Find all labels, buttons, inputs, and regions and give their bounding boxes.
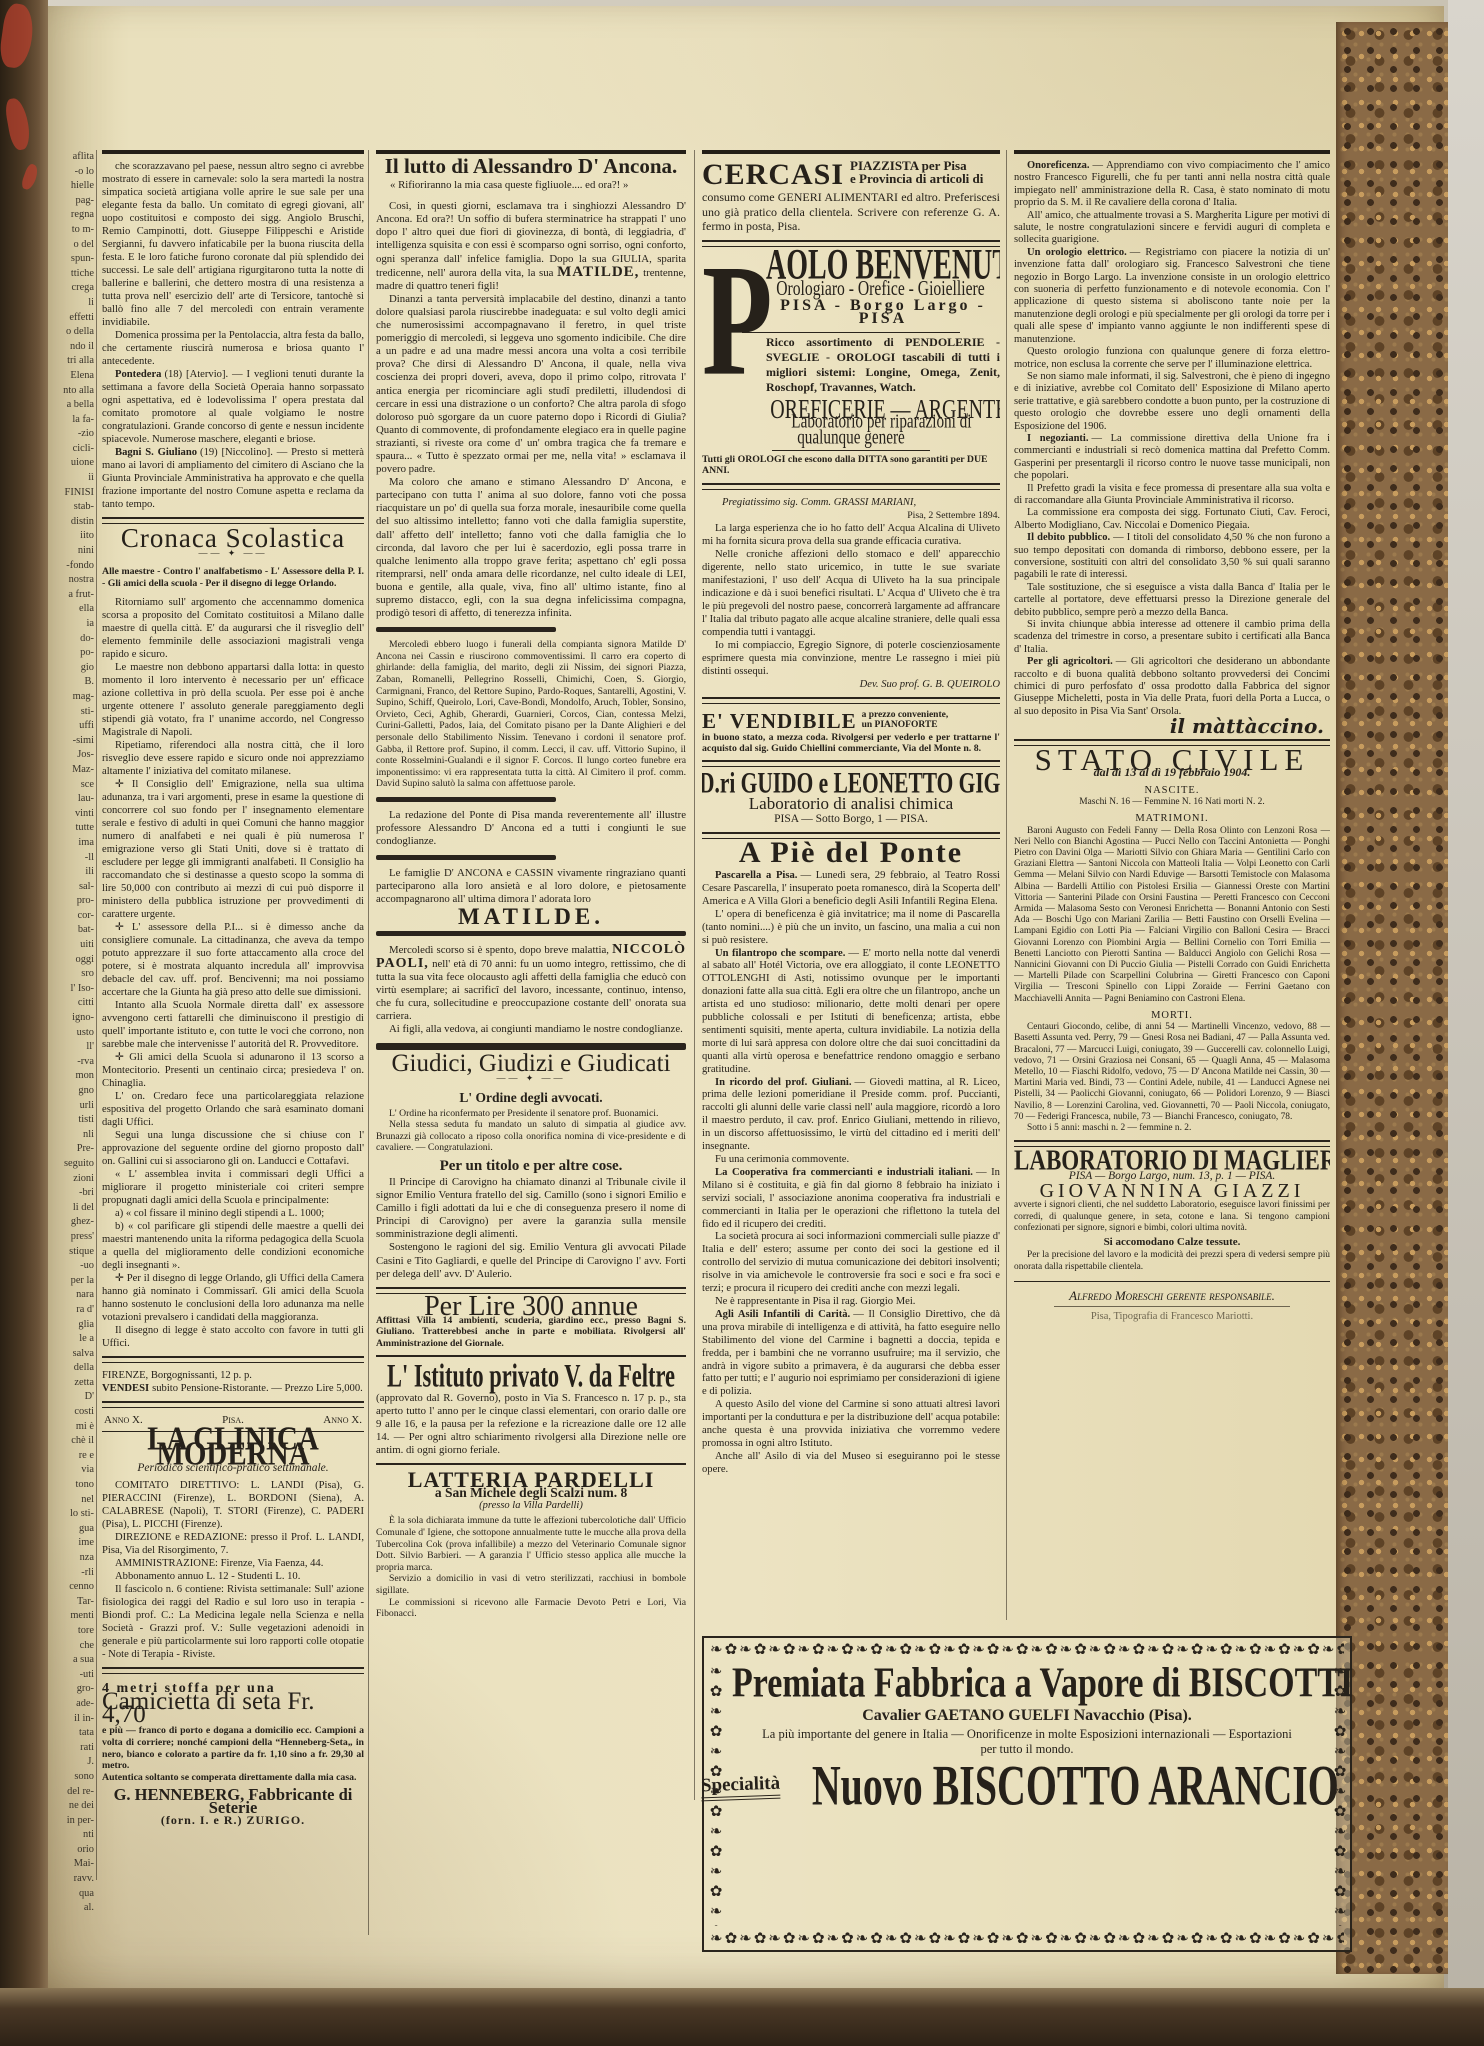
specialita-label: Specialità [701, 1773, 781, 1802]
funeral-report: Mercoledì ebbero luogo i funerali della … [376, 639, 686, 790]
scan-background [1448, 0, 1484, 2046]
rule [702, 697, 1000, 704]
paragraph: ✛ Gli amici della Scuola si adunarono il… [102, 1051, 364, 1090]
vendesi-lead: VENDESI [102, 1383, 149, 1394]
item-text: A questo Asilo del vione del Carmine si … [702, 1399, 1000, 1449]
news-item: Pascarella a Pisa.— Lunedì sera, 29 febb… [702, 870, 1000, 909]
paragraph: Ma coloro che amano e stimano Alessandro… [376, 476, 686, 620]
rule [376, 1463, 686, 1465]
paragraph: Ripetiamo, riferendoci alla nostra città… [102, 739, 364, 778]
paragraph-text: COMITATO DIRETTIVO: L. LANDI (Pisa), G. … [102, 1480, 364, 1530]
paragraph-text: Il Principe di Carovigno ha chiamato din… [376, 1176, 686, 1240]
vendibile-ad: E' VENDIBILE a prezzo conveniente, un PI… [702, 710, 1000, 755]
item-lead: Un filantropo che scompare. [715, 948, 845, 959]
camicietta-body: e più — franco di porto e dogana a domic… [102, 1725, 364, 1772]
paragraph: Dinanzi a tanta perversità implacabile d… [376, 293, 686, 476]
anno-right: Anno X. [323, 1414, 362, 1427]
news-item: Per gli agricoltori.— Gli agricoltori ch… [1014, 656, 1330, 718]
cercasi-text: consumo come GENERI ALIMENTARI ed altro.… [702, 190, 1000, 234]
benvenuti-laboratorio: Laboratorio per riparazioni di qualunque… [709, 415, 992, 447]
paragraph-text: La larga esperienza che io ho fatto dell… [702, 523, 1000, 547]
item-lead: Per gli agricoltori. [1027, 656, 1113, 667]
news-item: La società procura ai soci informazioni … [702, 1231, 1000, 1296]
item-text: Il Prefetto gradì la visita e fece prome… [1014, 483, 1330, 506]
titolo-subhead: Per un titolo e per altre cose. [376, 1160, 686, 1173]
item-text: — Il Consiglio Direttivo, che dà una pro… [702, 1309, 1000, 1397]
paragraph-text: (18) [Atervio]. — I veglioni tenuti dura… [102, 369, 364, 445]
separator-bar [376, 797, 556, 802]
paragraph: Il fascicolo n. 6 contiene: Rivista sett… [102, 1583, 364, 1661]
paragraph: « L' assemblea invita i commissari degli… [102, 1168, 364, 1207]
paragraph-text: Domenica prossima per la Pentolaccia, al… [102, 330, 364, 367]
news-item: Se non siamo male informati, il sig. Sal… [1014, 371, 1330, 433]
maglierie-title: LABORATORIO DI MAGLIERIE [1014, 1154, 1330, 1170]
paragraph: AMMINISTRAZIONE: Firenze, Via Faenza, 44… [102, 1557, 364, 1570]
paragraph-text: Seguì una lunga discussione che si chius… [102, 1130, 364, 1167]
cercasi-ad: CERCASI PIAZZISTA per Pisa e Provincia d… [702, 160, 1000, 234]
section-title-cronaca-scolastica: Cronaca Scolastica [102, 532, 364, 545]
paragraph-text: Le commissioni si ricevono alle Farmacie… [376, 1597, 686, 1620]
paragraph-text: Dinanzi a tanta perversità implacabile d… [376, 293, 686, 475]
clinica-moderna-title: LA CLINICA MODERNA [102, 1432, 364, 1463]
rule [742, 332, 960, 333]
paragraph-text: a) « col fissare il minino degli stipend… [115, 1208, 324, 1219]
nascite-heading: NASCITE. [1014, 785, 1330, 797]
paragraph-text: L' Ordine ha riconfermato per Presidente… [389, 1108, 658, 1119]
item-text: La commissione era composta dei sigg. Fo… [1014, 507, 1330, 530]
biscotti-description: La più importante del genere in Italia —… [762, 1727, 1292, 1757]
floral-border-top: ❧✿❧✿❧✿❧✿❧✿❧✿❧✿❧✿❧✿❧✿❧✿❧✿❧✿❧✿❧✿❧✿❧✿❧✿❧✿❧✿… [710, 1640, 1344, 1659]
biscotti-ad: ❧✿❧✿❧✿❧✿❧✿❧✿❧✿❧✿❧✿❧✿❧✿❧✿❧✿❧✿❧✿❧✿❧✿❧✿❧✿❧✿… [702, 1636, 1352, 1952]
item-lead: La Cooperativa fra commercianti e indust… [715, 1167, 973, 1178]
paragraph-text: Sostengono le ragioni del sig. Emilio Ve… [376, 1241, 686, 1279]
calze-tessute-line: Si accomodano Calze tessute. [1014, 1236, 1330, 1248]
lutto-paragraph-matilde: Così, in questi giorni, esclamava tra i … [376, 200, 686, 293]
news-item: A questo Asilo del vione del Carmine si … [702, 1399, 1000, 1451]
carnival-news: che scorazzavano pel paese, nessun altro… [102, 160, 364, 511]
paragraph-text: « L' assemblea invita i commissari degli… [102, 1169, 364, 1206]
paragraph: COMITATO DIRETTIVO: L. LANDI (Pisa), G. … [102, 1479, 364, 1531]
ponte-items: Pascarella a Pisa.— Lunedì sera, 29 febb… [702, 870, 1000, 1477]
item-text: Tale sostituzione, che si eseguisce a vi… [1014, 582, 1330, 618]
paragraph: Sostengono le ragioni del sig. Emilio Ve… [376, 1241, 686, 1280]
paragraph-text: Ma coloro che amano e stimano Alessandro… [376, 476, 686, 619]
letter-body: La larga esperienza che io ho fatto dell… [702, 522, 1000, 678]
uliveto-letter: Pregiatissimo sig. Comm. GRASSI MARIANI,… [702, 496, 1000, 691]
paragraph: Pontedera(18) [Atervio]. — I veglioni te… [102, 368, 364, 446]
paragraph-text: b) « col parificare gli stipendi delle m… [102, 1221, 364, 1271]
lire300-title: Per Lire 300 annue [376, 1300, 686, 1313]
lire300-text: Affittasi Villa 14 ambienti, scuderia, g… [376, 1315, 686, 1350]
column-ads-and-ponte: CERCASI PIAZZISTA per Pisa e Provincia d… [702, 150, 1000, 1622]
paragraph-text: Nella stessa seduta fu mandato un saluto… [376, 1119, 686, 1153]
rule [1014, 1281, 1330, 1282]
biscotti-product-row: Specialità Nuovo BISCOTTO ARANCIO [732, 1763, 1322, 1811]
paragraph-text: ✛ Per il disegno di legge Orlando, gli U… [102, 1273, 364, 1323]
ordine-avvocati-body: L' Ordine ha riconfermato per Presidente… [376, 1108, 686, 1154]
column-obituary: Il lutto di Alessandro D' Ancona. « Rifi… [376, 150, 686, 1935]
book-cover-edge [0, 1988, 1484, 2046]
column-rule [694, 150, 695, 1800]
redazione-condolence: La redazione del Ponte di Pisa manda rev… [376, 809, 686, 848]
anno-left: Anno X. [104, 1414, 143, 1427]
floral-border-bottom: ❧✿❧✿❧✿❧✿❧✿❧✿❧✿❧✿❧✿❧✿❧✿❧✿❧✿❧✿❧✿❧✿❧✿❧✿❧✿❧✿… [710, 1929, 1344, 1948]
paragraph: Nella stessa seduta fu mandato un saluto… [376, 1119, 686, 1154]
benvenuti-ad: P AOLO BENVENUTI Orologiaro - Orefice - … [702, 257, 1000, 477]
lutto-body: Dinanzi a tanta perversità implacabile d… [376, 293, 686, 620]
vendesi-ad-address: FIRENZE, Borgognissanti, 12 p. p. [102, 1369, 364, 1382]
biscotti-title: Premiata Fabbrica a Vapore di BISCOTTI [732, 1660, 1322, 1708]
item-text: Ne è rappresentante in Pisa il rag. Gior… [715, 1296, 915, 1307]
item-text: Anche all' Asilo di via del Museo si ese… [702, 1451, 1000, 1475]
gigli-title: D.ri GUIDO e LEONETTO GIGLI [702, 775, 1000, 793]
rule [702, 483, 1000, 490]
paragraph-text: Il disegno di legge è stato accolto con … [102, 1325, 364, 1349]
text: Mercoledì scorso si è spento, dopo breve… [389, 944, 609, 956]
item-text: Si invita chiunque abbia interesse ad ot… [1014, 619, 1330, 655]
book-spine [0, 0, 48, 2046]
separator-bar [376, 627, 556, 632]
news-item: Tale sostituzione, che si eseguisce a vi… [1014, 582, 1330, 619]
column-rule [368, 150, 369, 1935]
news-item: Anche all' Asilo di via del Museo si ese… [702, 1451, 1000, 1477]
rule [702, 150, 1000, 154]
news-item: Il debito pubblico.— I titoli del consol… [1014, 532, 1330, 582]
gigli-subtitle: Laboratorio di analisi chimica [702, 798, 1000, 811]
paragraph-text: Il fascicolo n. 6 contiene: Rivista sett… [102, 1584, 364, 1660]
item-text: — E' morto nella notte dal venerdì al sa… [702, 948, 1000, 1075]
sotto-cinque-anni: Sotto i 5 anni: maschi n. 2 — femmine n.… [1014, 1123, 1330, 1134]
paragraph: L' on. Credaro fece una particolareggiat… [102, 1090, 364, 1129]
lutto-dancona-title: Il lutto di Alessandro D' Ancona. [376, 160, 686, 173]
vendibile-word: E' VENDIBILE [702, 710, 857, 732]
rule [1014, 150, 1330, 154]
item-lead: Agli Asili Infantili di Carità. [715, 1309, 850, 1320]
paragraph: L' Ordine ha riconfermato per Presidente… [376, 1108, 686, 1120]
morti-list: Centauri Giocondo, celibe, di anni 54 — … [1014, 1022, 1330, 1123]
item-text: L' opera di beneficenza è già invitatric… [702, 909, 1000, 946]
matrimoni-heading: MATRIMONI. [1014, 813, 1330, 825]
news-item: Agli Asili Infantili di Carità.— Il Cons… [702, 1309, 1000, 1399]
rule [102, 150, 364, 154]
cercasi-word: CERCASI [702, 160, 844, 190]
paragraph-lead: Pontedera [115, 369, 161, 380]
ordine-avvocati-subhead: L' Ordine degli avvocati. [376, 1091, 686, 1104]
clinica-moderna-body: COMITATO DIRETTIVO: L. LANDI (Pisa), G. … [102, 1479, 364, 1661]
cronaca-kicker: Alle maestre - Contro l' analfabetismo -… [102, 566, 364, 590]
tipografia-line: Pisa, Tipografia di Francesco Mariotti. [1014, 1311, 1330, 1323]
letter-dateline: Pisa, 2 Settembre 1894. [702, 509, 1000, 522]
rule [102, 1401, 364, 1408]
benvenuti-name: AOLO BENVENUTI [702, 257, 1000, 277]
item-lead: Pascarella a Pisa. [715, 870, 797, 881]
item-lead: I negozianti. [1027, 433, 1088, 444]
paragraph: ✛ Per il disegno di legge Orlando, gli U… [102, 1272, 364, 1324]
paragraph: Le commissioni si ricevono alle Farmacie… [376, 1597, 686, 1620]
paragraph: ✛ L' assessore della P.I... si è dimesso… [102, 921, 364, 999]
rule [1054, 1306, 1290, 1307]
paragraph-text: ✛ Il Consiglio dell' Emigrazione, nella … [102, 779, 364, 920]
morti-heading: MORTI. [1014, 1010, 1330, 1022]
henneberg-city: (forn. I. e R.) ZURIGO. [102, 1814, 364, 1827]
mattaccino-signature: il màttàccino. [1014, 720, 1324, 732]
paragraph-text: Intanto alla Scuola Normale diretta dall… [102, 1000, 364, 1050]
news-item: Si invita chiunque abbia interesse ad ot… [1014, 619, 1330, 656]
letter-salutation: Pregiatissimo sig. Comm. GRASSI MARIANI, [702, 496, 1000, 509]
paragraph-text: L' on. Credaro fece una particolareggiat… [102, 1091, 364, 1128]
vendesi-ad: VENDESIsubito Pensione-Ristorante. — Pre… [102, 1382, 364, 1395]
separator-bar [376, 855, 556, 860]
item-lead: Onoreficenza. [1027, 160, 1090, 171]
item-text: All' amico, che attualmente trovasi a S.… [1014, 210, 1330, 246]
news-item: Un filantropo che scompare.— E' morto ne… [702, 948, 1000, 1077]
gigli-address: PISA — Sotto Borgo, 1 — PISA. [702, 813, 1000, 826]
news-item: Onoreficenza.— Apprendiamo con vivo comp… [1014, 160, 1330, 210]
rule [102, 1667, 364, 1674]
paragraph: Nelle croniche affezioni dello stomaco e… [702, 548, 1000, 639]
biscotti-owner: Cavalier GAETANO GUELFI Navacchio (Pisa)… [732, 1707, 1322, 1725]
paragraph: a) « col fissare il minino degli stipend… [102, 1207, 364, 1220]
paragraph-text: Abbonamento annuo L. 12 - Studenti L. 10… [115, 1571, 300, 1582]
istituto-feltre-title: L' Istituto privato V. da Feltre [376, 1365, 686, 1385]
matilde-name: MATILDE. [376, 910, 686, 923]
paragraph-text: Io mi compiaccio, Egregio Signore, di po… [702, 640, 1000, 677]
biscotto-arancio-name: Nuovo BISCOTTO ARANCIO [812, 1755, 1339, 1820]
column-rule [96, 150, 97, 1880]
news-item: Il Prefetto gradì la visita e fece prome… [1014, 483, 1330, 508]
camicietta-title: Camicietta di seta Fr. 4,70 [102, 1695, 364, 1721]
paragraph-text: Ritorniamo sull' argomento che accennamm… [102, 597, 364, 660]
benvenuti-trades: Orologiaro - Orefice - Gioielliere [714, 282, 988, 298]
item-text: La società procura ai soci informazioni … [702, 1231, 1000, 1294]
istituto-feltre-text: (approvato dal R. Governo), posto in Via… [376, 1392, 686, 1457]
paragraph: Bagni S. Giuliano(19) [Niccolino]. — Pre… [102, 446, 364, 511]
giovannina-giazzi-name: GIOVANNINA GIAZZI [1014, 1185, 1330, 1197]
paragraph: Il Principe di Carovigno ha chiamato din… [376, 1176, 686, 1241]
news-item: L' opera di beneficenza è già invitatric… [702, 909, 1000, 948]
paragraph: ✛ Il Consiglio dell' Emigrazione, nella … [102, 778, 364, 921]
paragraph-text: Servizio a domicilio in vasi di vetro st… [376, 1573, 686, 1596]
paragraph-text: ✛ L' assessore della P.I... si è dimesso… [102, 922, 364, 998]
paragraph: DIREZIONE e REDAZIONE: presso il Prof. L… [102, 1531, 364, 1557]
biscotti-content: Premiata Fabbrica a Vapore di BISCOTTI C… [732, 1665, 1322, 1811]
news-item: La commissione era composta dei sigg. Fo… [1014, 507, 1330, 532]
paragraph: Intanto alla Scuola Normale diretta dall… [102, 999, 364, 1051]
maglierie-closing: Per la precisione del lavoro e la modici… [1014, 1250, 1330, 1272]
paragraph-text: Ripetiamo, riferendoci alla nostra città… [102, 740, 364, 777]
paragraph-lead: Bagni S. Giuliano [115, 447, 197, 458]
news-item: La Cooperativa fra commercianti e indust… [702, 1167, 1000, 1232]
paragraph: che scorazzavano pel paese, nessun altro… [102, 160, 364, 329]
separator-bar [376, 1043, 686, 1050]
benvenuti-guarantee: Tutti gli OROLOGI che escono dalla DITTA… [702, 454, 1000, 477]
paragraph: Io mi compiaccio, Egregio Signore, di po… [702, 639, 1000, 678]
famiglie-thanks: Le famiglie D' ANCONA e CASSIN vivamente… [376, 867, 686, 906]
item-text: Se non siamo male informati, il sig. Sal… [1014, 371, 1330, 432]
paragraph: È la sola dichiarata immune da tutte le … [376, 1515, 686, 1573]
cutoff-column-fragments: aflìta -o lo hielle pag- regna to m- o d… [50, 150, 94, 1910]
camicietta-body2: Autentica soltanto se comperata direttam… [102, 1772, 364, 1784]
paragraph: Servizio a domicilio in vasi di vetro st… [376, 1573, 686, 1596]
paragraph: Il disegno di legge è stato accolto con … [102, 1324, 364, 1350]
letter-signature: Dev. Suo prof. G. B. QUEIROLO [702, 678, 1000, 691]
separator-bar [376, 931, 686, 936]
paragraph-text: ✛ Gli amici della Scuola si adunarono il… [102, 1052, 364, 1089]
news-item: In ricordo del prof. Giuliani.— Giovedì … [702, 1077, 1000, 1154]
paragraph: Ritorniamo sull' argomento che accennamm… [102, 596, 364, 661]
cronaca-body: Ritorniamo sull' argomento che accennamm… [102, 596, 364, 1350]
news-item: All' amico, che attualmente trovasi a S.… [1014, 210, 1330, 247]
rule [772, 450, 930, 451]
item-lead: In ricordo del prof. Giuliani. [715, 1077, 852, 1088]
paragraph: Domenica prossima per la Pentolaccia, al… [102, 329, 364, 368]
vendesi-text: subito Pensione-Ristorante. — Prezzo Lir… [152, 1383, 363, 1394]
news-item: Fu una cerimonia commovente. [702, 1154, 1000, 1167]
paragraph-text: Nelle croniche affezioni dello stomaco e… [702, 549, 1000, 638]
vendibile-text: in buono stato, a mezza coda. Rivolgersi… [702, 732, 1000, 755]
item-text: Questo orologio funziona con qualunque g… [1014, 346, 1330, 369]
text: Così, in questi giorni, esclamava tra i … [376, 200, 686, 278]
paoli-condolence: Ai figli, alla vedova, ai congiunti mand… [376, 1023, 686, 1036]
a-pie-del-ponte-title: A Piè del Ponte [702, 847, 1000, 860]
item-text: Fu una cerimonia commovente. [715, 1154, 849, 1165]
column-rule [1006, 150, 1007, 1620]
paragraph-text: AMMINISTRAZIONE: Firenze, Via Faenza, 44… [115, 1558, 323, 1569]
item-lead: Un orologio elettrico. [1027, 247, 1127, 258]
maglierie-body: avverte i signori clienti, che nel sudde… [1014, 1200, 1330, 1234]
paragraph: La larga esperienza che io ho fatto dell… [702, 522, 1000, 548]
paoli-obituary: Mercoledì scorso si è spento, dopo breve… [376, 943, 686, 1024]
nascite-figures: Maschi N. 16 — Femmine N. 16 Nati morti … [1014, 797, 1330, 808]
news-item: Un orologio elettrico.— Registriamo con … [1014, 247, 1330, 346]
item-text: — Registriamo con piacere la notizia di … [1014, 247, 1330, 345]
city-notes: Onoreficenza.— Apprendiamo con vivo comp… [1014, 160, 1330, 718]
titolo-body: Il Principe di Carovigno ha chiamato din… [376, 1176, 686, 1281]
gerente-line: Alfredo Moreschi gerente responsabile. [1014, 1290, 1330, 1302]
lutto-epigraph: « Rifioriranno la mia casa queste figliu… [390, 179, 686, 192]
paragraph-text: che scorazzavano pel paese, nessun altro… [102, 161, 364, 328]
henneberg-signature: G. HENNEBERG, Fabbricante di Seterie [102, 1788, 364, 1814]
paragraph-text: Le maestre non debbono appartarsi dalla … [102, 662, 364, 738]
paragraph: Le maestre non debbono appartarsi dalla … [102, 661, 364, 739]
news-item: Ne è rappresentante in Pisa il rag. Gior… [702, 1296, 1000, 1309]
latteria-body: È la sola dichiarata immune da tutte le … [376, 1515, 686, 1619]
paragraph-text: È la sola dichiarata immune da tutte le … [376, 1515, 686, 1572]
column-local-news: che scorazzavano pel paese, nessun altro… [102, 150, 364, 1880]
giudici-title: Giudici, Giudizi e Giudicati [376, 1057, 686, 1070]
rule [102, 1356, 364, 1363]
paragraph-text: DIREZIONE e REDAZIONE: presso il Prof. L… [102, 1532, 364, 1556]
paragraph: b) « col parificare gli stipendi delle m… [102, 1220, 364, 1272]
paragraph: Abbonamento annuo L. 12 - Studenti L. 10… [102, 1570, 364, 1583]
latteria-villa: (presso la Villa Pardelli) [376, 1499, 686, 1512]
column-city-notes: Onoreficenza.— Apprendiamo con vivo comp… [1014, 150, 1330, 1620]
news-item: Questo orologio funziona con qualunque g… [1014, 346, 1330, 371]
matilde-inline: MATILDE, [557, 264, 639, 280]
item-lead: Il debito pubblico. [1027, 532, 1110, 543]
paragraph: Seguì una lunga discussione che si chius… [102, 1129, 364, 1168]
matrimoni-list: Baroni Augusto con Fedeli Fanny — Della … [1014, 826, 1330, 1005]
news-item: I negozianti.— La commissione direttiva … [1014, 433, 1330, 483]
